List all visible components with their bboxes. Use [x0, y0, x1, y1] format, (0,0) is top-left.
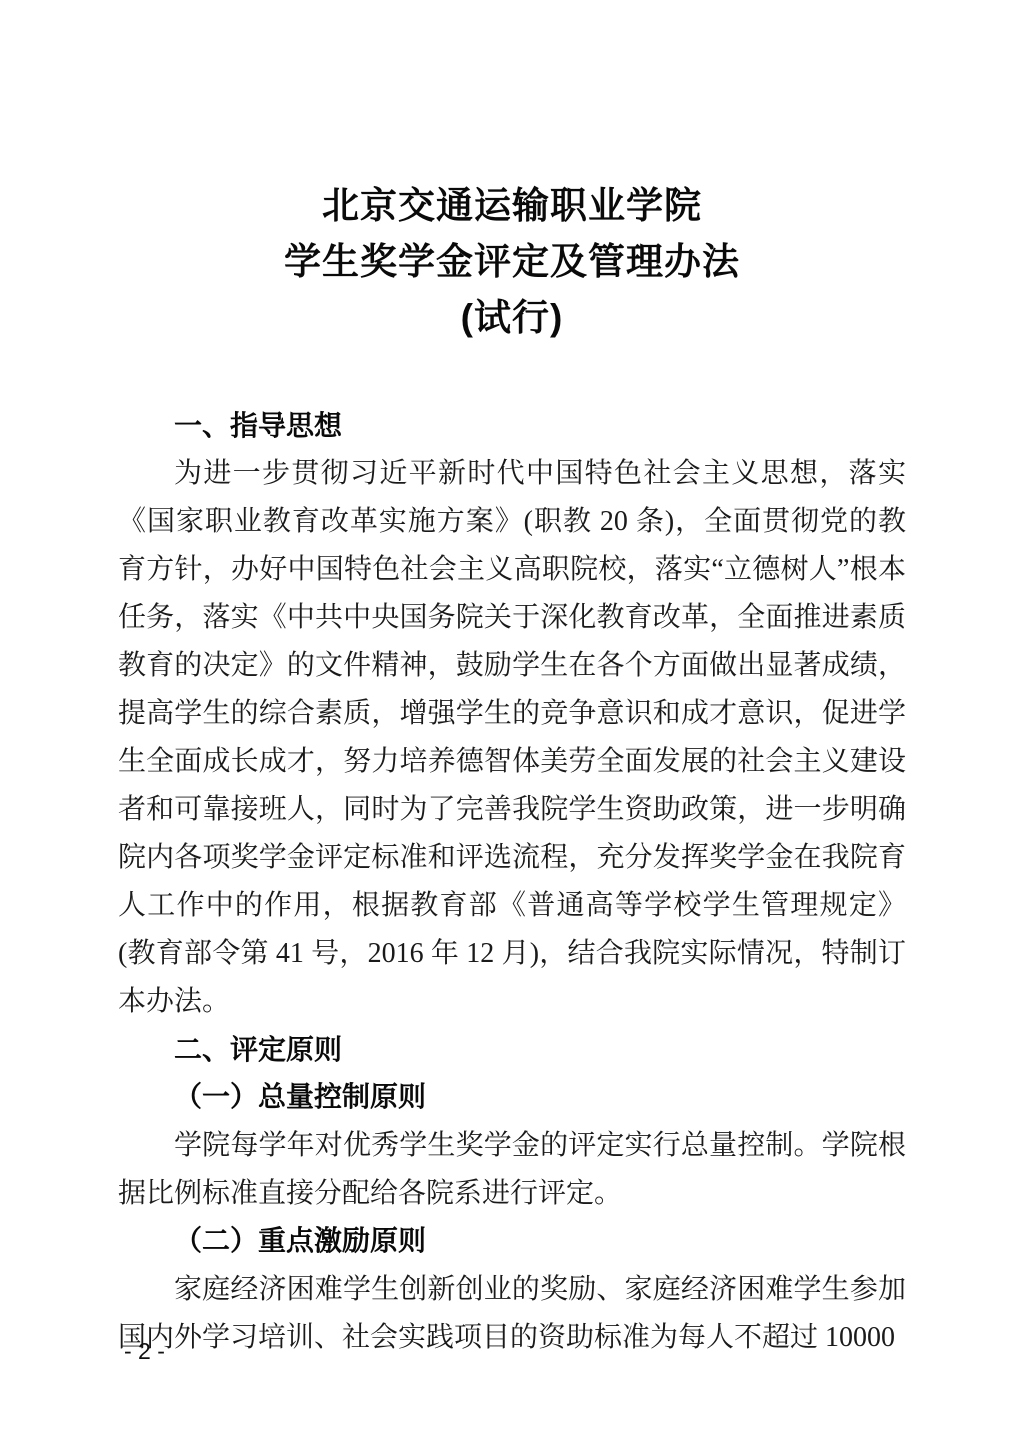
- title-line-trial: (试行): [118, 290, 906, 346]
- subsection-heading-2: （二）重点激励原则: [118, 1218, 906, 1266]
- document-page: 北京交通运输职业学院 学生奖学金评定及管理办法 (试行) 一、指导思想 为进一步…: [0, 0, 1024, 1448]
- section-heading-1: 一、指导思想: [118, 402, 906, 450]
- subsection-heading-1: （一）总量控制原则: [118, 1074, 906, 1122]
- paragraph-total-control: 学院每学年对优秀学生奖学金的评定实行总量控制。学院根据比例标准直接分配给各院系进…: [118, 1122, 906, 1218]
- title-line-subject: 学生奖学金评定及管理办法: [118, 234, 906, 290]
- page-number: - 2 -: [124, 1336, 165, 1366]
- paragraph-guiding: 为进一步贯彻习近平新时代中国特色社会主义思想，落实《国家职业教育改革实施方案》(…: [118, 450, 906, 1026]
- section-heading-2: 二、评定原则: [118, 1026, 906, 1074]
- document-title: 北京交通运输职业学院 学生奖学金评定及管理办法 (试行): [118, 178, 906, 346]
- document-body: 一、指导思想 为进一步贯彻习近平新时代中国特色社会主义思想，落实《国家职业教育改…: [118, 402, 906, 1362]
- title-line-institution: 北京交通运输职业学院: [118, 178, 906, 234]
- paragraph-key-incentive: 家庭经济困难学生创新创业的奖励、家庭经济困难学生参加国内外学习培训、社会实践项目…: [118, 1266, 906, 1362]
